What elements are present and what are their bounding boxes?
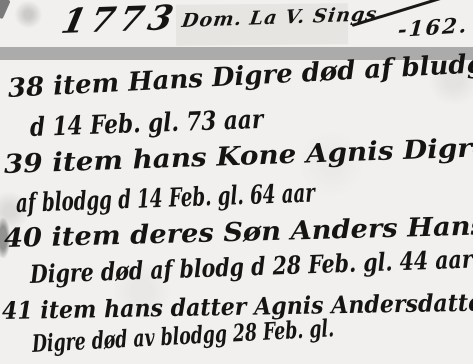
year-heading: 1773 bbox=[58, 0, 182, 42]
manuscript-page: 1773 Dom. La V. Sings -162. 38 item Hans… bbox=[0, 0, 473, 364]
scan-corner-artifact bbox=[0, 0, 11, 19]
burial-entry-39-cont: af blodgg d 14 Feb. gl. 64 aar bbox=[15, 179, 315, 219]
page-number: -162. bbox=[397, 12, 469, 42]
burial-entry-38-cont: d 14 Feb. gl. 73 aar bbox=[29, 105, 263, 143]
